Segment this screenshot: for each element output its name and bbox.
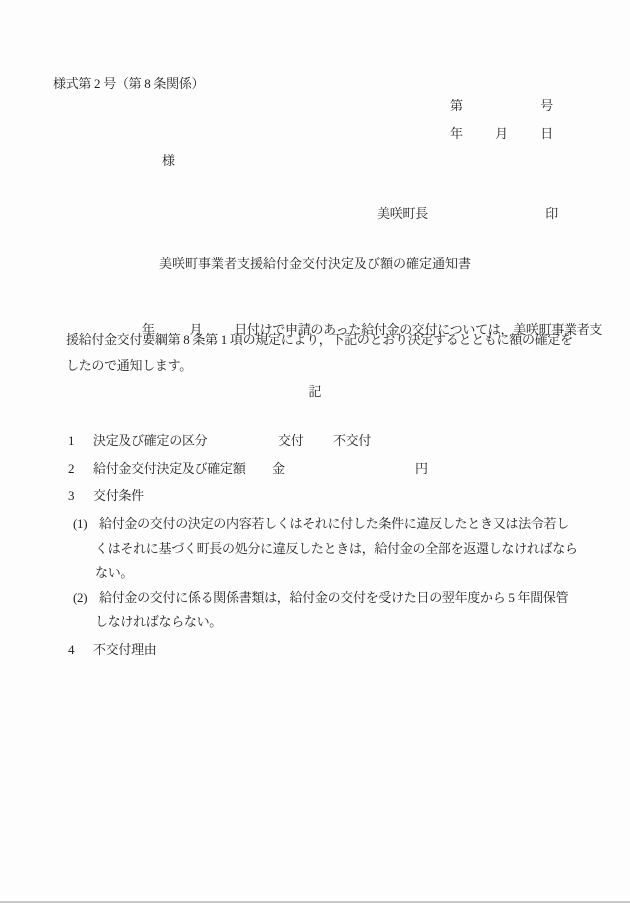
addressee-honorific: 様 (162, 153, 175, 169)
item-number: 3 (68, 488, 74, 504)
document-title: 美咲町事業者支援給付金交付決定及び額の確定通知書 (0, 256, 630, 272)
condition-text: 給付金の交付の決定の内容若しくはそれに付した条件に違反したとき又は法令若し (99, 516, 569, 532)
body-line-1: 年月日付けで申請のあった給付金の交付については，美咲町事業者支 (66, 306, 602, 322)
condition-number: (2) (73, 590, 87, 606)
item-label: 決定及び確定の区分 (93, 433, 207, 449)
item-label: 交付条件 (93, 488, 144, 504)
doc-number-suffix: 号 (540, 98, 553, 114)
item-no-grant-reason: 4 不交付理由 (0, 642, 630, 658)
option-grant: 交付 (278, 433, 303, 449)
item-grant-amount: 2 給付金交付決定及び確定額 金 円 (0, 461, 630, 477)
date-day-label: 日 (540, 126, 553, 142)
item-number: 2 (68, 461, 74, 477)
condition-1-line-1: (1) 給付金の交付の決定の内容若しくはそれに付した条件に違反したとき又は法令若… (0, 516, 630, 532)
condition-1-line-3: ない。 (95, 565, 133, 581)
item-label: 不交付理由 (93, 642, 157, 658)
item-grant-conditions: 3 交付条件 (0, 488, 630, 504)
item-decision-category: 1 決定及び確定の区分 交付 不交付 (0, 433, 630, 449)
date-line: 年 月 日 (450, 126, 553, 142)
form-number: 様式第 2 号（第 8 条関係） (53, 76, 204, 92)
sender-name: 美咲町長 (377, 206, 428, 222)
option-no-grant: 不交付 (333, 433, 371, 449)
seal-mark: 印 (545, 206, 558, 222)
amount-suffix: 円 (415, 461, 428, 477)
body-line-3: したので通知します。 (66, 358, 192, 374)
body-line-2: 援給付金交付要綱第 8 条第 1 項の規定により，下記のとおり決定するとともに額… (66, 332, 573, 348)
amount-prefix: 金 (272, 461, 285, 477)
item-label: 給付金交付決定及び確定額 (93, 461, 245, 477)
date-year-label: 年 (450, 126, 463, 142)
doc-number-prefix: 第 (450, 98, 463, 114)
condition-2-line-1: (2) 給付金の交付に係る関係書類は，給付金の交付を受けた日の翌年度から 5 年… (0, 590, 630, 606)
doc-number-line: 第 号 (450, 98, 553, 114)
item-number: 1 (68, 433, 74, 449)
condition-text: 給付金の交付に係る関係書類は，給付金の交付を受けた日の翌年度から 5 年間保管 (99, 590, 568, 606)
condition-2-line-2: しなければならない。 (95, 614, 222, 630)
condition-number: (1) (73, 516, 87, 532)
sender-line: 美咲町長 印 (377, 206, 558, 222)
condition-1-line-2: くはそれに基づく町長の処分に違反したときは，給付金の全部を返還しなければなら (95, 541, 578, 557)
document-page: 様式第 2 号（第 8 条関係） 第 号 年 月 日 様 美咲町長 印 美咲町事… (0, 0, 630, 903)
date-month-label: 月 (495, 126, 508, 142)
note-marker: 記 (0, 384, 630, 400)
item-number: 4 (68, 642, 74, 658)
